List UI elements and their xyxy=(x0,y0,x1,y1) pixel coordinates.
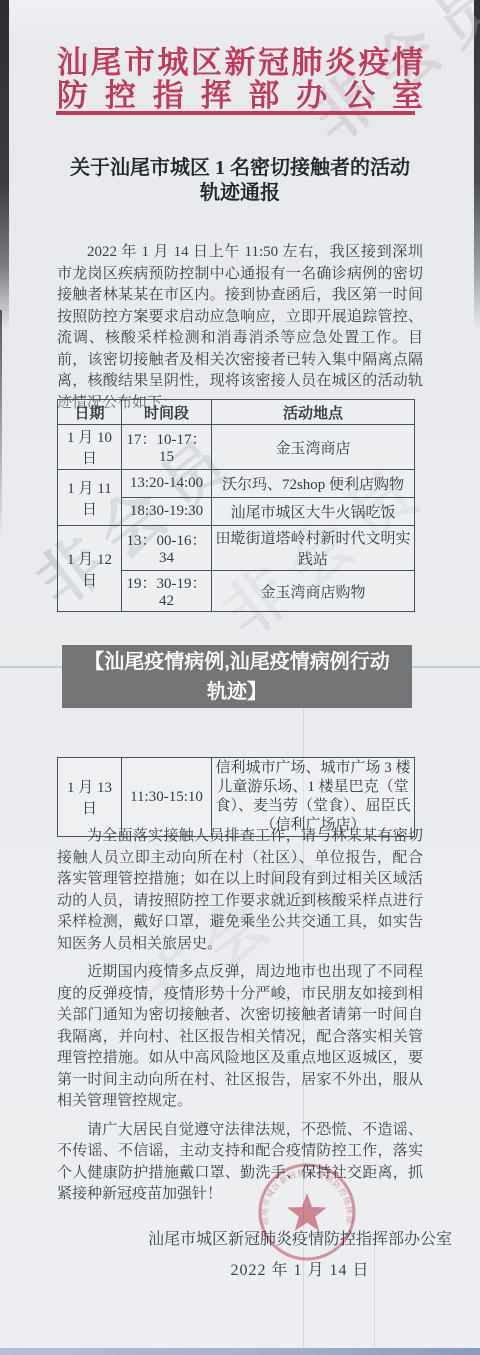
cell-time: 13：00-16：34 xyxy=(122,526,212,571)
cell-date: 1 月 10 日 xyxy=(58,425,122,470)
letterhead-rule xyxy=(56,111,415,115)
document-title-line1: 关于汕尾市城区 1 名密切接触者的活动 xyxy=(0,156,480,181)
intro-paragraph: 2022 年 1 月 14 日上午 11:50 左右，我区接到深圳市龙岗区疾病预… xyxy=(57,242,423,421)
document-title-line2: 轨迹通报 xyxy=(0,181,480,206)
col-header-date: 日期 xyxy=(58,400,122,425)
letterhead-line1: 汕尾市城区新冠肺炎疫情 xyxy=(57,46,423,79)
paragraph-3: 近期国内疫情多点反弹，周边地市也出现了不同程度的反弹疫情，疫情形势十分严峻，市民… xyxy=(57,962,423,1113)
overlay-caption-line2: 轨迹】 xyxy=(62,677,412,707)
table-row: 1 月 12 日 13：00-16：34 田墘街道塔岭村新时代文明实践站 xyxy=(58,526,415,571)
overlay-caption-line1: 【汕尾疫情病例,汕尾疫情病例行动 xyxy=(62,647,412,677)
cell-time: 18:30-19:30 xyxy=(122,498,212,526)
paragraph-2: 为全面落实接触人员排查工作，请与林某某有密切接触人员立即主动向所在村（社区）、单… xyxy=(57,826,423,955)
paragraph-4: 请广大居民自觉遵守法律法规，不恐慌、不造谣、不传谣、不信谣，主动支持和配合疫情防… xyxy=(57,1120,423,1206)
table-row: 1 月 10 日 17：10-17：15 金玉湾商店 xyxy=(58,425,415,470)
trajectory-table: 日期 时间段 活动地点 1 月 10 日 17：10-17：15 金玉湾商店 1… xyxy=(57,399,415,612)
col-header-time: 时间段 xyxy=(122,400,212,425)
letterhead: 汕尾市城区新冠肺炎疫情 防控指挥部办公室 xyxy=(57,46,423,112)
cell-place: 信利城市广场、城市广场 3 楼儿童游乐场、1 楼星巴克（堂食）、麦当劳（堂食）、… xyxy=(212,758,415,837)
scan-edge-bottom xyxy=(0,1348,480,1355)
cell-date: 1 月 12 日 xyxy=(58,526,122,612)
col-header-place: 活动地点 xyxy=(212,400,415,425)
cell-date: 1 月 13 日 xyxy=(58,758,122,837)
body-paragraphs: 为全面落实接触人员排查工作，请与林某某有密切接触人员立即主动向所在村（社区）、单… xyxy=(57,826,423,1213)
table-header-row: 日期 时间段 活动地点 xyxy=(58,400,415,425)
cell-time: 11:30-15:10 xyxy=(122,758,212,837)
cell-time: 13:20-14:00 xyxy=(122,470,212,498)
official-seal: 汕尾市城区新冠肺炎疫情防控指挥部办公室 xyxy=(255,1160,359,1264)
table-row: 1 月 13 日 11:30-15:10 信利城市广场、城市广场 3 楼儿童游乐… xyxy=(58,758,415,837)
cell-place: 田墘街道塔岭村新时代文明实践站 xyxy=(212,526,415,571)
scan-edge-left-fade xyxy=(0,310,2,540)
trajectory-table-continued: 1 月 13 日 11:30-15:10 信利城市广场、城市广场 3 楼儿童游乐… xyxy=(57,757,415,837)
paragraph-intro: 2022 年 1 月 14 日上午 11:50 左右，我区接到深圳市龙岗区疾病预… xyxy=(57,242,423,414)
document-title: 关于汕尾市城区 1 名密切接触者的活动 轨迹通报 xyxy=(0,156,480,206)
cell-place: 金玉湾商店 xyxy=(212,425,415,470)
cell-time: 17：10-17：15 xyxy=(122,425,212,470)
cell-time: 19：30-19：42 xyxy=(122,571,212,612)
cell-place: 沃尔玛、72shop 便利店购物 xyxy=(212,470,415,498)
cell-place: 金玉湾商店购物 xyxy=(212,571,415,612)
letterhead-line2: 防控指挥部办公室 xyxy=(57,79,423,112)
seal-star-icon xyxy=(287,1193,327,1231)
table-row: 1 月 11 日 13:20-14:00 沃尔玛、72shop 便利店购物 xyxy=(58,470,415,498)
cell-date: 1 月 11 日 xyxy=(58,470,122,526)
overlay-caption: 【汕尾疫情病例,汕尾疫情病例行动 轨迹】 xyxy=(62,645,412,708)
cell-place: 汕尾市城区大牛火锅吃饭 xyxy=(212,498,415,526)
